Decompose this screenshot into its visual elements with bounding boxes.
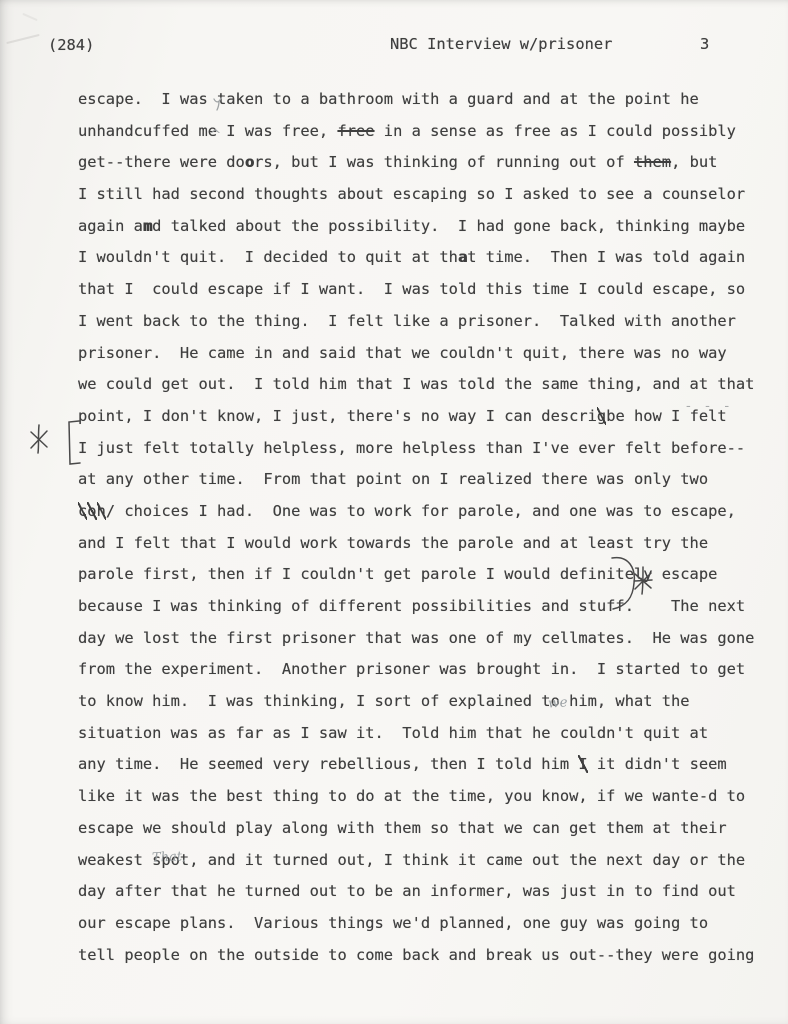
text-line: our escape plans. Various things we'd pl… bbox=[78, 908, 782, 940]
text-line: get--there were doors, but I was thinkin… bbox=[78, 147, 782, 179]
page-ref: (284) bbox=[48, 36, 94, 54]
text-line: to know him. I was thinking, I sort of e… bbox=[78, 686, 782, 718]
page-number: 3 bbox=[700, 35, 709, 53]
text-line: escape. I was taken to a bathroom with a… bbox=[78, 84, 782, 116]
scan-smudge bbox=[22, 13, 37, 21]
text-line: any time. He seemed very rebellious, the… bbox=[78, 749, 782, 781]
text-line: unhandcuffed me I was free, free in a se… bbox=[78, 116, 782, 148]
text-line: that I could escape if I want. I was tol… bbox=[78, 274, 782, 306]
typed-text: escape. I was taken to a bathroom with a… bbox=[78, 84, 782, 971]
text-line: I went back to the thing. I felt like a … bbox=[78, 306, 782, 338]
text-line: tell people on the outside to come back … bbox=[78, 940, 782, 972]
text-line: I just felt totally helpless, more helpl… bbox=[78, 433, 782, 465]
pencil-insert-that: That, bbox=[152, 849, 187, 866]
handwritten-open-bracket-icon bbox=[64, 418, 82, 472]
text-line: day after that he turned out to be an in… bbox=[78, 876, 782, 908]
document-title: NBC Interview w/prisoner bbox=[390, 35, 612, 53]
text-line: coh/ choices I had. One was to work for … bbox=[78, 496, 782, 528]
text-line: and I felt that I would work towards the… bbox=[78, 528, 782, 560]
text-line: we could get out. I told him that I was … bbox=[78, 369, 782, 401]
insertion-squiggle-icon bbox=[211, 96, 225, 116]
pencil-dashes: - - - bbox=[686, 398, 734, 414]
text-line: I still had second thoughts about escapi… bbox=[78, 179, 782, 211]
text-line: from the experiment. Another prisoner wa… bbox=[78, 654, 782, 686]
handwritten-asterisk-icon bbox=[631, 565, 655, 601]
text-line: prisoner. He came in and said that we co… bbox=[78, 338, 782, 370]
handwritten-asterisk-icon bbox=[27, 422, 51, 460]
text-line: I wouldn't quit. I decided to quit at th… bbox=[78, 242, 782, 274]
insertion-caret: ^ bbox=[209, 127, 222, 143]
text-line: because I was thinking of different poss… bbox=[78, 591, 782, 623]
text-line: day we lost the first prisoner that was … bbox=[78, 623, 782, 655]
text-line: point, I don't know, I just, there's no … bbox=[78, 401, 782, 433]
text-line: parole first, then if I couldn't get par… bbox=[78, 559, 782, 591]
pencil-insert-we: we bbox=[547, 694, 568, 711]
text-line: at any other time. From that point on I … bbox=[78, 464, 782, 496]
text-line: like it was the best thing to do at the … bbox=[78, 781, 782, 813]
text-line: again amd talked about the possibility. … bbox=[78, 211, 782, 243]
scan-smudge bbox=[6, 34, 39, 44]
text-line: escape we should play along with them so… bbox=[78, 813, 782, 845]
text-line: situation was as far as I saw it. Told h… bbox=[78, 718, 782, 750]
scanned-document-page: (284) NBC Interview w/prisoner 3 escape.… bbox=[0, 0, 788, 1024]
